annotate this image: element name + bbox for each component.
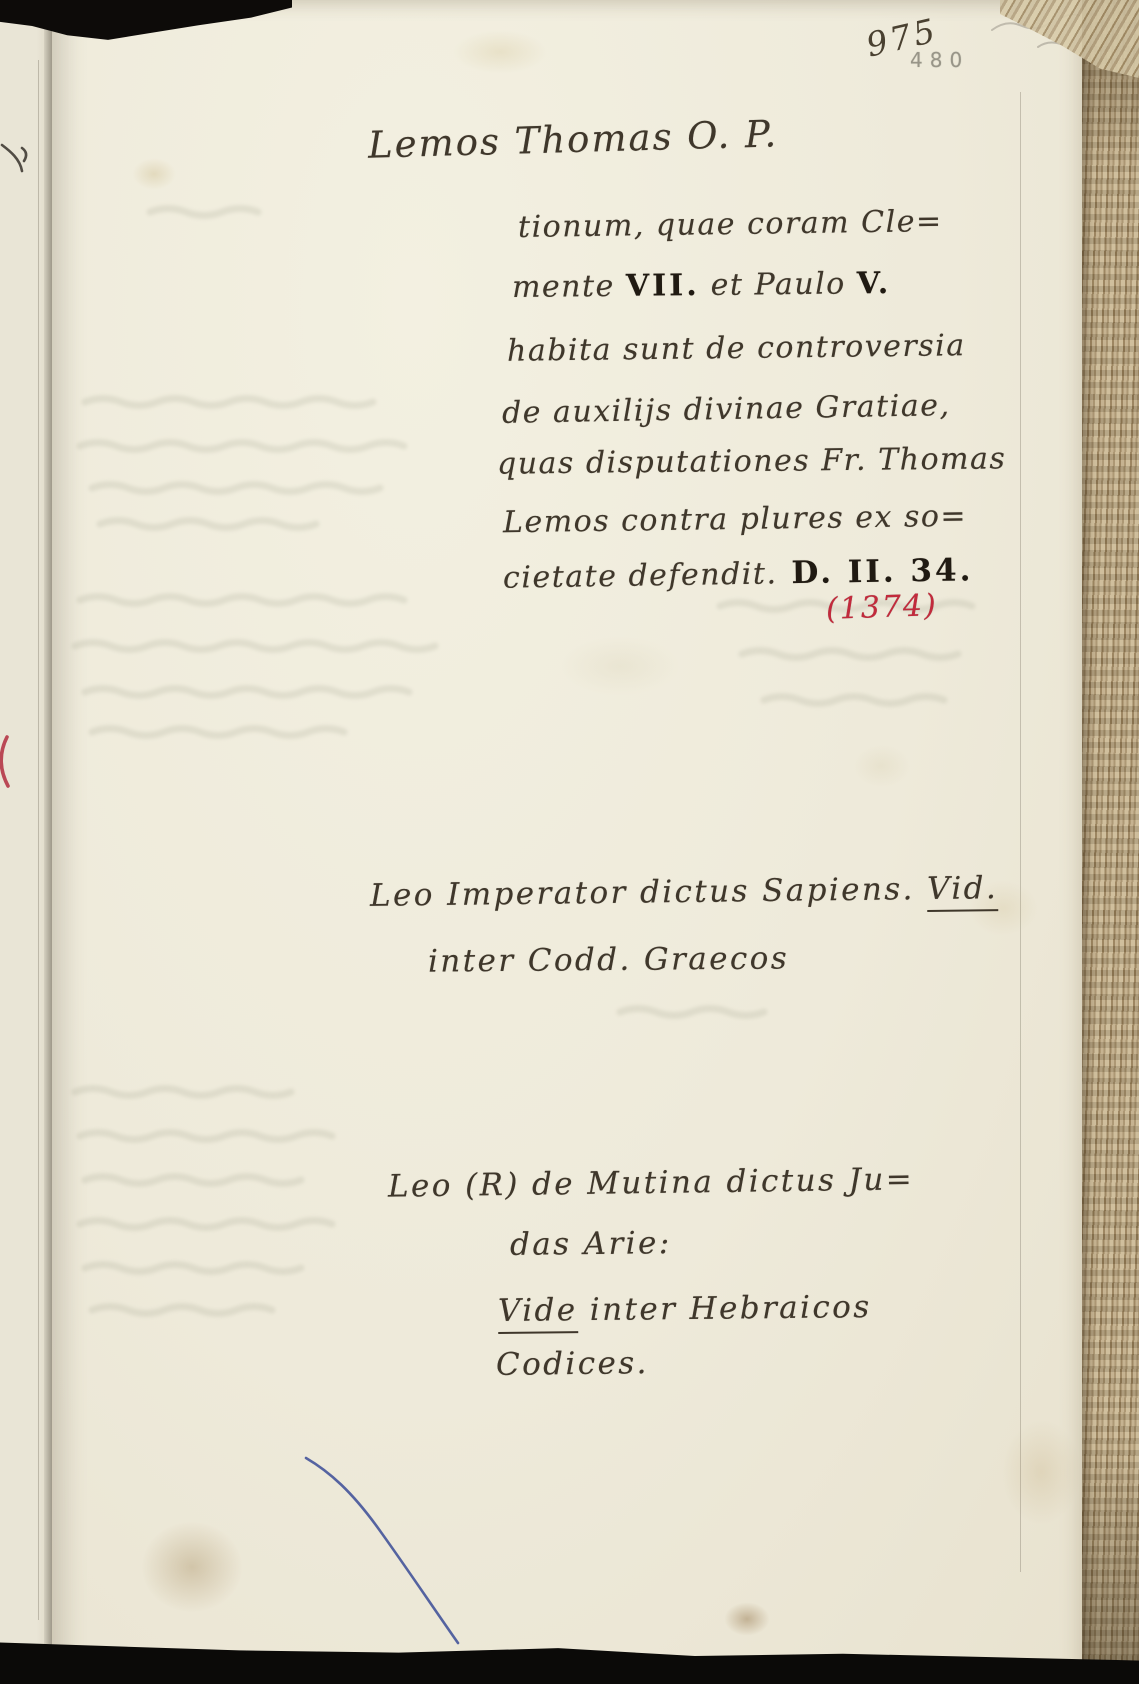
leo-imperator-line-2: inter Codd. Graecos [428,940,789,979]
manuscript-scan: 975 480 Lemos Thomas O. P. tionum, quae … [0,0,1139,1684]
stamp-number: 480 [910,48,969,72]
recto-margin-rule [1020,92,1021,1572]
leo-mutina-line-3: Vide inter Hebraicos [498,1289,872,1329]
leo-imperator-text: Leo Imperator dictus Sapiens. [370,871,927,914]
verso-margin-line [38,60,39,1620]
clement-numeral: VII. [626,268,700,304]
red-inventory-number: (1374) [825,588,938,627]
lemos-line-2-text: mente [512,269,626,305]
vide-reference-underlined: Vide [498,1292,578,1334]
lemos-line-7-text: cietate defendit. [503,556,778,595]
lemos-line-5: quas disputationes Fr. Thomas [497,441,1007,481]
shelfmark: D. II. 34. [791,552,973,591]
leo-mutina-line-2: das Arie: [510,1225,672,1263]
leo-mutina-line-4: Codices. [496,1345,649,1383]
recto-page [52,0,1088,1684]
lemos-line-2-text: et Paulo [699,266,856,303]
leo-mutina-text: inter Hebraicos [577,1289,871,1328]
lemos-line-3: habita sunt de controversia [507,328,966,369]
vide-reference-underlined: Vid. [927,870,999,912]
book-fore-edge [1082,0,1139,1684]
lemos-line-2: mente VII. et Paulo V. [512,266,892,305]
paul-numeral: V. [857,266,892,301]
lemos-line-1: tionum, quae coram Cle= [518,204,943,245]
leo-imperator-line-1: Leo Imperator dictus Sapiens. Vid. [370,870,999,914]
leo-mutina-line-1: Leo (R) de Mutina dictus Ju= [388,1161,915,1204]
lemos-line-6: Lemos contra plures ex so= [503,499,968,540]
